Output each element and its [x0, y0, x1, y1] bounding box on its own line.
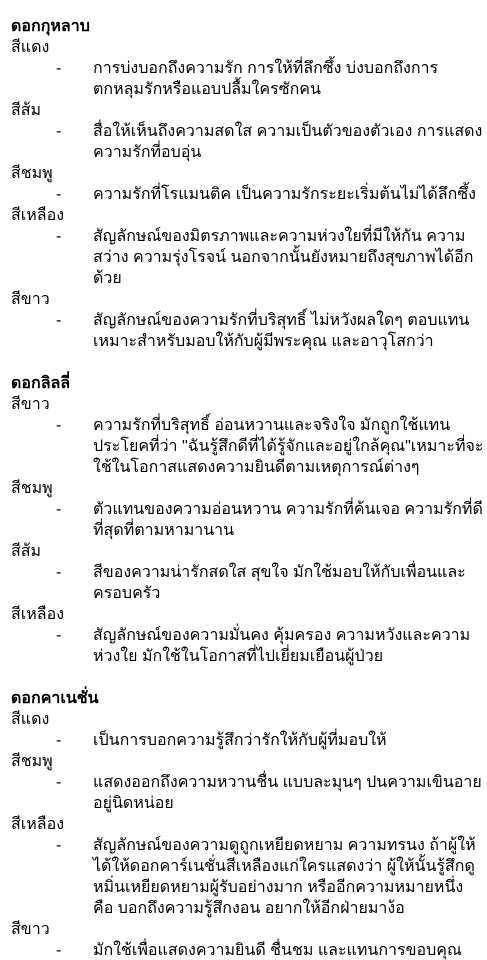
document-page: ดอกกุหลาบ สีแดง - การบ่งบอกถึงความรัก กา…	[0, 0, 487, 960]
bullet-line: เป็นการบอกความรู้สึกว่ารักให้กับผู้ที่มอ…	[93, 730, 479, 751]
bullet-line: ได้ให้ดอกคาร์เนชั่นสีเหลืองแก่ใครแสดงว่า…	[93, 856, 479, 877]
bullet-dash: -	[56, 625, 61, 646]
bullet-item: - สัญลักษณ์ของความรักที่บริสุทธิ์ ไม่หวั…	[11, 310, 479, 352]
bullet-line: แสดงออกถึงความหวานชื่น แบบละมุนๆ ปนความเ…	[93, 772, 479, 793]
bullet-line: ความรักที่โรแมนติค เป็นความรักระยะเริ่มต…	[93, 184, 479, 205]
bullet-dash: -	[56, 226, 61, 247]
bullet-dash: -	[56, 940, 61, 960]
color-label: สีขาว	[11, 919, 479, 940]
bullet-line: ความรักที่อบอุ่น	[93, 142, 479, 163]
section-carnation: ดอกคาเนชั่น สีแดง - เป็นการบอกความรู้สึก…	[11, 688, 479, 960]
bullet-dash: -	[56, 562, 61, 583]
bullet-item: - การบ่งบอกถึงความรัก การให้ที่ลึกซึ้ง บ…	[11, 58, 479, 100]
bullet-line: ความรักที่บริสุทธิ์ อ่อนหวานและจริงใจ มั…	[93, 415, 479, 436]
section-rose: ดอกกุหลาบ สีแดง - การบ่งบอกถึงความรัก กา…	[11, 16, 479, 352]
color-label: สีขาว	[11, 394, 479, 415]
bullet-line: สัญลักษณ์ของมิตรภาพและความห่วงใยที่มีให้…	[93, 226, 479, 247]
section-lily: ดอกลิลลี่ สีขาว - ความรักที่บริสุทธิ์ อ่…	[11, 373, 479, 667]
bullet-dash: -	[56, 730, 61, 751]
color-label: สีขาว	[11, 289, 479, 310]
bullet-line: คือ บอกถึงความรู้สึกงอน อยากให้อีกฝ่ายมา…	[93, 898, 479, 919]
bullet-item: - ความรักที่บริสุทธิ์ อ่อนหวานและจริงใจ …	[11, 415, 479, 478]
bullet-line: ตัวแทนของความอ่อนหวาน ความรักที่ค้นเจอ ค…	[93, 499, 479, 520]
bullet-dash: -	[56, 58, 61, 79]
color-label: สีชมพู	[11, 751, 479, 772]
section-title: ดอกกุหลาบ	[11, 16, 479, 37]
bullet-dash: -	[56, 121, 61, 142]
bullet-item: - ความรักที่โรแมนติค เป็นความรักระยะเริ่…	[11, 184, 479, 205]
bullet-line: สว่าง ความรุ่งโรจน์ นอกจากนั้นยังหมายถึง…	[93, 247, 479, 268]
bullet-item: - สัญลักษณ์ของความดูถูกเหยียดหยาม ความทร…	[11, 835, 479, 919]
bullet-line: สัญลักษณ์ของความมั่นคง คุ้มครอง ความหวัง…	[93, 625, 479, 646]
bullet-item: - สัญลักษณ์ของความมั่นคง คุ้มครอง ความหว…	[11, 625, 479, 667]
bullet-dash: -	[56, 310, 61, 331]
bullet-line: ครอบครัว	[93, 583, 479, 604]
bullet-item: - สัญลักษณ์ของมิตรภาพและความห่วงใยที่มีใ…	[11, 226, 479, 289]
bullet-dash: -	[56, 499, 61, 520]
bullet-line: สื่อให้เห็นถึงความสดใส ความเป็นตัวของตัว…	[93, 121, 479, 142]
bullet-line: สัญลักษณ์ของความดูถูกเหยียดหยาม ความทรนง…	[93, 835, 479, 856]
color-label: สีเหลือง	[11, 604, 479, 625]
bullet-line: การบ่งบอกถึงความรัก การให้ที่ลึกซึ้ง บ่ง…	[93, 58, 479, 79]
bullet-line: ด้วย	[93, 268, 479, 289]
bullet-line: ที่สุดที่ตามหามานาน	[93, 520, 479, 541]
section-title: ดอกคาเนชั่น	[11, 688, 479, 709]
bullet-dash: -	[56, 415, 61, 436]
color-label: สีเหลือง	[11, 205, 479, 226]
bullet-dash: -	[56, 184, 61, 205]
bullet-line: มักใช้เพื่อแสดงความยินดี ชื่นชม และแทนกา…	[93, 940, 479, 960]
bullet-line: สัญลักษณ์ของความรักที่บริสุทธิ์ ไม่หวังผ…	[93, 310, 479, 331]
color-label: สีแดง	[11, 709, 479, 730]
bullet-line: ตกหลุมรักหรือแอบปลื้มใครซักคน	[93, 79, 479, 100]
color-label: สีเหลือง	[11, 814, 479, 835]
bullet-item: - สีของความน่ารักสดใส สุขใจ มักใช้มอบให้…	[11, 562, 479, 604]
section-title: ดอกลิลลี่	[11, 373, 479, 394]
color-label: สีแดง	[11, 37, 479, 58]
bullet-dash: -	[56, 835, 61, 856]
color-label: สีชมพู	[11, 478, 479, 499]
bullet-item: - เป็นการบอกความรู้สึกว่ารักให้กับผู้ที่…	[11, 730, 479, 751]
bullet-line: ห่วงใย มักใช้ในโอกาสที่ไปเยี่ยมเยือนผู้ป…	[93, 646, 479, 667]
bullet-item: - ตัวแทนของความอ่อนหวาน ความรักที่ค้นเจอ…	[11, 499, 479, 541]
bullet-line: สีของความน่ารักสดใส สุขใจ มักใช้มอบให้กั…	[93, 562, 479, 583]
bullet-line: ใช้ในโอกาสแสดงความยินดีตามเหตุการณ์ต่างๆ	[93, 457, 479, 478]
bullet-line: หมิ่นเหยียดหยามผู้รับอย่างมาก หรืออีกควา…	[93, 877, 479, 898]
bullet-item: - มักใช้เพื่อแสดงความยินดี ชื่นชม และแทน…	[11, 940, 479, 960]
color-label: สีส้ม	[11, 100, 479, 121]
bullet-item: - แสดงออกถึงความหวานชื่น แบบละมุนๆ ปนควา…	[11, 772, 479, 814]
color-label: สีชมพู	[11, 163, 479, 184]
bullet-line: ประโยคที่ว่า "ฉันรู้สึกดีที่ได้รู้จักและ…	[93, 436, 479, 457]
color-label: สีส้ม	[11, 541, 479, 562]
bullet-line: เหมาะสำหรับมอบให้กับผู้มีพระคุณ และอาวุโ…	[93, 331, 479, 352]
bullet-item: - สื่อให้เห็นถึงความสดใส ความเป็นตัวของต…	[11, 121, 479, 163]
bullet-line: อยู่นิดหน่อย	[93, 793, 479, 814]
bullet-dash: -	[56, 772, 61, 793]
